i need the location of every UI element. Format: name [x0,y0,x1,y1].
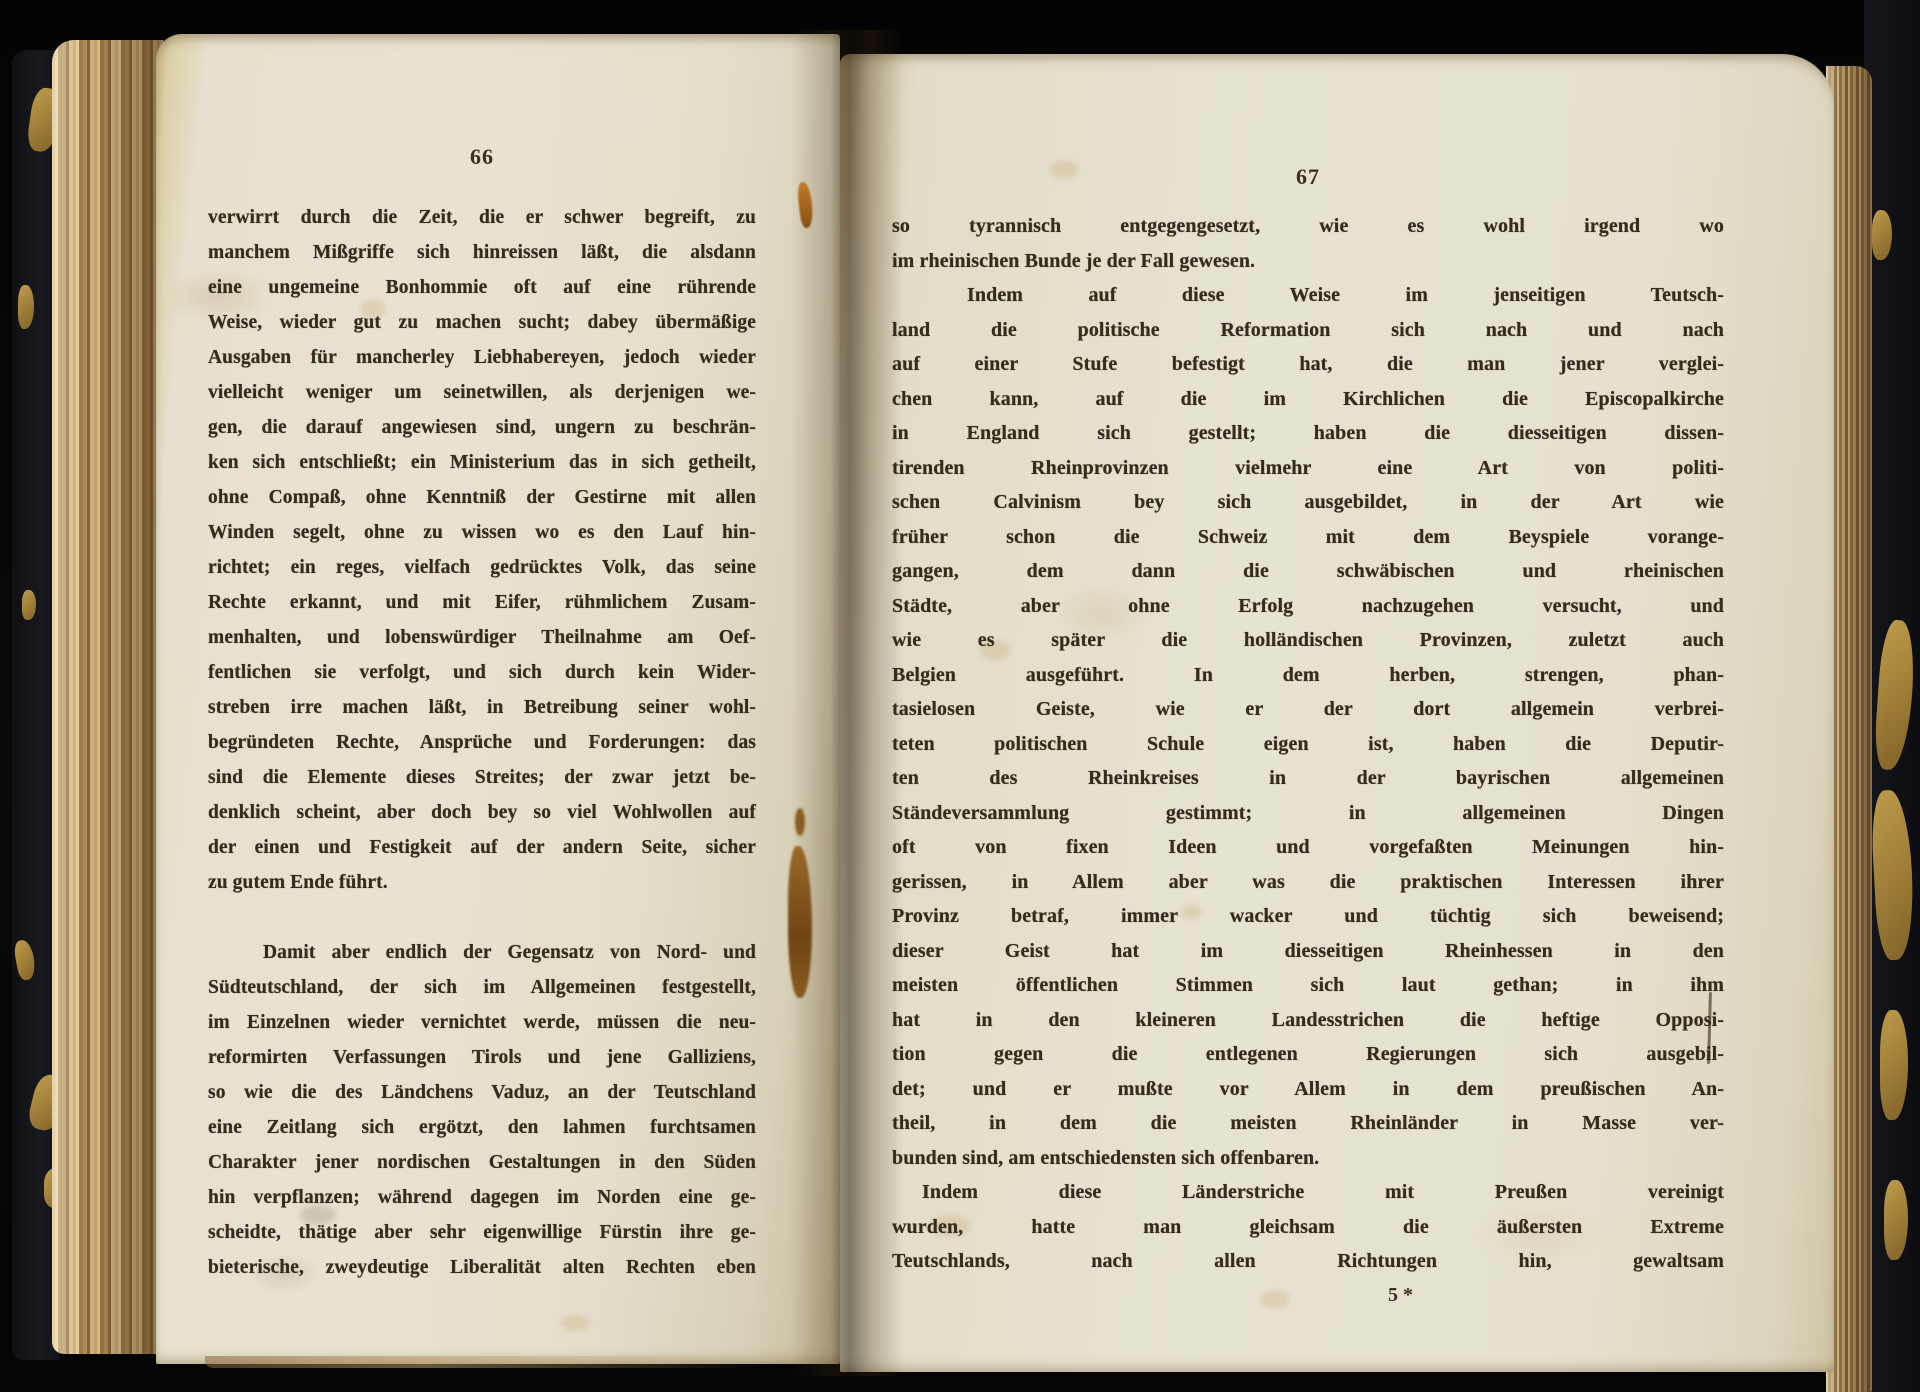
text-line: teten politischen Schule eigen ist, habe… [892,727,1724,762]
text-line: ohne Compaß, ohne Kenntniß der Gestirne … [208,480,756,515]
text-line: streben irre machen läßt, in Betreibung … [208,690,756,725]
text-line: wurden, hatte man gleichsam die äußerste… [892,1210,1724,1245]
open-book-photo: 66 67 verwirrt durch die Zeit, die er sc… [0,0,1920,1392]
text-line: bieterische, zweydeutige Liberalität alt… [208,1250,756,1285]
text-line: meisten öffentlichen Stimmen sich laut g… [892,968,1724,1003]
text-line: manchem Mißgriffe sich hinreissen läßt, … [208,235,756,270]
text-line: Teutschlands, nach allen Richtungen hin,… [892,1244,1724,1279]
page-number-66: 66 [208,144,756,170]
text-line: Damit aber endlich der Gegensatz von Nor… [208,935,756,970]
cover-wear-patch [22,590,36,620]
text-line: Ständeversammlung gestimmt; in allgemein… [892,796,1724,831]
text-line: gerissen, in Allem aber was die praktisc… [892,865,1724,900]
text-line: land die politische Reformation sich nac… [892,313,1724,348]
text-line: menhalten, und lobenswürdiger Theilnahme… [208,620,756,655]
bottom-page-edge [205,1356,760,1368]
text-line: Städte, aber ohne Erfolg nachzugehen ver… [892,589,1724,624]
page-number-67: 67 [892,164,1724,190]
text-line: tirenden Rheinprovinzen vielmehr eine Ar… [892,451,1724,486]
text-line: Charakter jener nordischen Gestaltungen … [208,1145,756,1180]
text-line: Belgien ausgeführt. In dem herben, stren… [892,658,1724,693]
text-line: tasielosen Geiste, wie er der dort allge… [892,692,1724,727]
text-line: Weise, wieder gut zu machen sucht; dabey… [208,305,756,340]
text-line: oft von fixen Ideen und vorgefaßten Mein… [892,830,1724,865]
cover-wear-patch [1873,619,1917,771]
text-line: früher schon die Schweiz mit dem Beyspie… [892,520,1724,555]
text-line: begründeten Rechte, Ansprüche und Forder… [208,725,756,760]
text-line: det; und er mußte vor Allem in dem preuß… [892,1072,1724,1107]
cover-wear-patch [1870,789,1917,961]
text-line: bunden sind, am entschiedensten sich off… [892,1141,1724,1176]
right-book-cover-edge [1864,0,1920,1392]
text-line: theil, in dem die meisten Rheinländer in… [892,1106,1724,1141]
cover-wear-patch [1880,1010,1908,1120]
text-line: dieser Geist hat im diesseitigen Rheinhe… [892,934,1724,969]
text-line: vielleicht weniger um seinetwillen, als … [208,375,756,410]
text-line: tion gegen die entlegenen Regierungen si… [892,1037,1724,1072]
text-line: im Einzelnen wieder vernichtet werde, mü… [208,1005,756,1040]
text-line: hat in den kleineren Landesstrichen die … [892,1003,1724,1038]
text-line: scheidte, thätige aber sehr eigenwillige… [208,1215,756,1250]
text-line: chen kann, auf die im Kirchlichen die Ep… [892,382,1724,417]
text-line: im rheinischen Bunde je der Fall gewesen… [892,244,1724,279]
text-line: Indem auf diese Weise im jenseitigen Teu… [892,278,1724,313]
text-line: so tyrannisch entgegengesetzt, wie es wo… [892,209,1724,244]
text-line: verwirrt durch die Zeit, die er schwer b… [208,200,756,235]
text-line: so wie die des Ländchens Vaduz, an der T… [208,1075,756,1110]
text-line: eine ungemeine Bonhommie oft auf eine rü… [208,270,756,305]
text-line: gen, die darauf angewiesen sind, ungern … [208,410,756,445]
left-page-block-edges [52,40,164,1354]
text-line: in England sich gestellt; haben die dies… [892,416,1724,451]
cover-wear-patch [1872,210,1892,260]
page-67-text: so tyrannisch entgegengesetzt, wie es wo… [892,209,1724,1279]
cover-wear-patch [18,285,34,329]
text-line: Ausgaben für mancherley Liebhabereyen, j… [208,340,756,375]
text-line: ten des Rheinkreises in der bayrischen a… [892,761,1724,796]
text-line: reformirten Verfassungen Tirols und jene… [208,1040,756,1075]
page-66-text: verwirrt durch die Zeit, die er schwer b… [208,200,756,1285]
text-line: richtet; ein reges, vielfach gedrücktes … [208,550,756,585]
text-line: sind die Elemente dieses Streites; der z… [208,760,756,795]
text-line: zu gutem Ende führt. [208,865,756,900]
text-line: eine Zeitlang sich ergötzt, den lahmen f… [208,1110,756,1145]
text-line: Winden segelt, ohne zu wissen wo es den … [208,515,756,550]
cover-wear-patch [1884,1180,1908,1260]
text-line: Indem diese Länderstriche mit Preußen ve… [892,1175,1724,1210]
text-line: schen Calvinism bey sich ausgebildet, in… [892,485,1724,520]
text-line: Südteutschland, der sich im Allgemeinen … [208,970,756,1005]
foxing-spot [560,1315,590,1331]
text-line: Rechte erkannt, und mit Eifer, rühmliche… [208,585,756,620]
text-line: fentlichen sie verfolgt, und sich durch … [208,655,756,690]
cover-wear-patch [13,939,38,982]
text-line: Provinz betraf, immer wacker und tüchtig… [892,899,1724,934]
gutter-stain [795,808,805,836]
signature-mark: 5 * [892,1284,1724,1307]
text-line: denklich scheint, aber doch bey so viel … [208,795,756,830]
text-line: der einen und Festigkeit auf der andern … [208,830,756,865]
text-line: auf einer Stufe befestigt hat, die man j… [892,347,1724,382]
text-line: hin verpflanzen; während dagegen im Nord… [208,1180,756,1215]
text-line: gangen, dem dann die schwäbischen und rh… [892,554,1724,589]
text-line: wie es später die holländischen Provinze… [892,623,1724,658]
text-line: ken sich entschließt; ein Ministerium da… [208,445,756,480]
